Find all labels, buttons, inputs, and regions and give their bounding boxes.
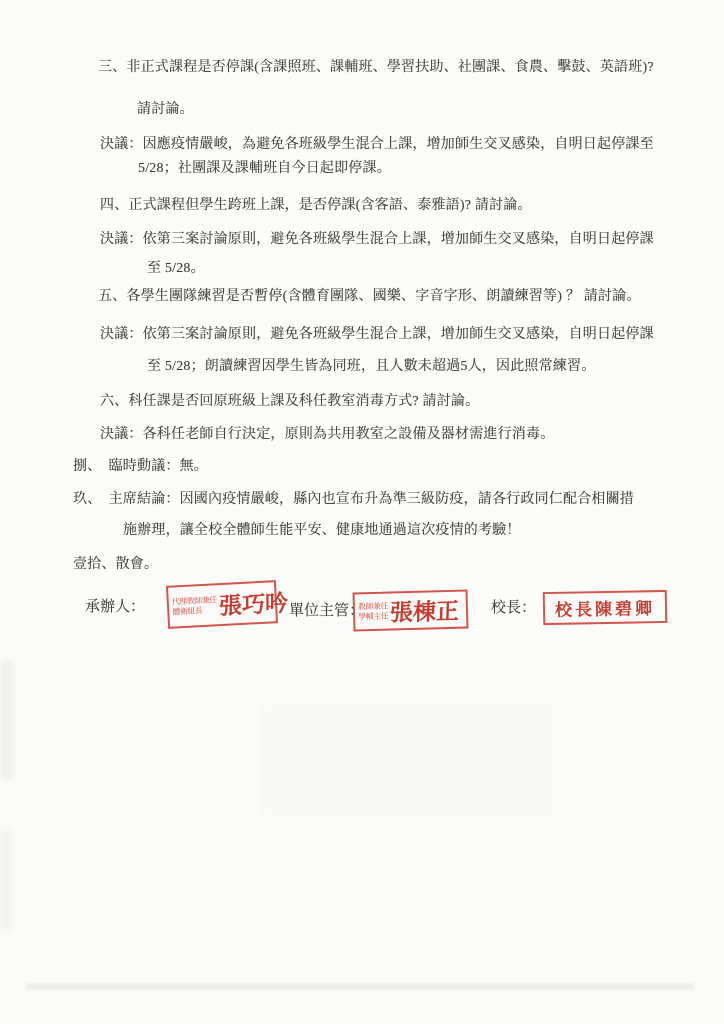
proposal-4: 四、正式課程但學生跨班上課，是否停課(含客語、泰雅語)? 請討論。 xyxy=(100,196,532,216)
handler-name-stamp: 代理教師兼任 體衛組長 張巧吟 xyxy=(166,580,278,629)
resolution-3-line-2: 5/28；社團課及課輔班自今日起即停課。 xyxy=(138,159,391,179)
supervisor-stamp-title-line-1: 教師兼任 xyxy=(358,601,388,611)
resolution-5-line-1: 決議：依第三案討論原則，避免各班級學生混合上課，增加師生交叉感染，自明日起停課 xyxy=(100,325,654,345)
agenda-10-adjournment: 壹拾、散會。 xyxy=(73,555,158,575)
agenda-9-chair-conclusion-line-2: 施辦理，讓全校全體師生能平安、健康地通過這次疫情的考驗！ xyxy=(123,521,521,541)
scan-edge-smudge xyxy=(0,830,12,930)
agenda-8-extempore-motion: 捌、 臨時動議：無。 xyxy=(73,457,208,477)
agenda-9-chair-conclusion-line-1: 玖、 主席結論：因國內疫情嚴峻，縣內也宣布升為準三級防疫，請各行政同仁配合相關措 xyxy=(73,490,634,510)
handler-label: 承辦人： xyxy=(85,595,145,616)
handler-stamp-title: 代理教師兼任 體衛組長 xyxy=(172,595,218,617)
scan-shadow-line xyxy=(25,984,695,989)
scan-edge-smudge xyxy=(0,660,14,780)
proposal-3-line-2: 請討論。 xyxy=(137,100,194,120)
page-bleed-through xyxy=(260,700,560,820)
resolution-4-line-1: 決議：依第三案討論原則，避免各班級學生混合上課，增加師生交叉感染，自明日起停課 xyxy=(100,230,654,250)
proposal-5: 五、各學生團隊練習是否暫停(含體育團隊、國樂、字音字形、朗讀練習等) ？ 請討論… xyxy=(98,287,641,307)
principal-stamp-name: 校長陳碧卿 xyxy=(555,594,655,621)
resolution-3-line-1: 決議：因應疫情嚴峻，為避免各班級學生混合上課，增加師生交叉感染，自明日起停課至 xyxy=(100,135,654,155)
resolution-4-line-2: 至 5/28。 xyxy=(147,259,205,279)
scanned-meeting-minutes-page: 三、非正式課程是否停課(含課照班、課輔班、學習扶助、社團課、食農、擊鼓、英語班)… xyxy=(0,0,724,1024)
resolution-6: 決議：各科任老師自行決定，原則為共用教室之設備及器材需進行消毒。 xyxy=(100,425,554,445)
resolution-5-line-2: 至 5/28；朗讀練習因學生皆為同班，且人數未超過5人，因此照常練習。 xyxy=(147,357,595,377)
proposal-6: 六、科任課是否回原班級上課及科任教室消毒方式? 請討論。 xyxy=(100,392,479,412)
handler-stamp-title-line-2: 體衛組長 xyxy=(172,605,217,617)
supervisor-stamp-name: 張棟正 xyxy=(390,593,460,628)
supervisor-name-stamp: 教師兼任 學輔主任 張棟正 xyxy=(353,590,469,632)
supervisor-stamp-title: 教師兼任 學輔主任 xyxy=(358,601,388,621)
principal-name-stamp: 校長陳碧卿 xyxy=(543,590,668,625)
principal-label: 校長： xyxy=(491,596,536,617)
supervisor-stamp-title-line-2: 學輔主任 xyxy=(358,611,388,621)
proposal-3-line-1: 三、非正式課程是否停課(含課照班、課輔班、學習扶助、社團課、食農、擊鼓、英語班)… xyxy=(98,58,654,78)
handler-stamp-name: 張巧吟 xyxy=(219,585,288,622)
